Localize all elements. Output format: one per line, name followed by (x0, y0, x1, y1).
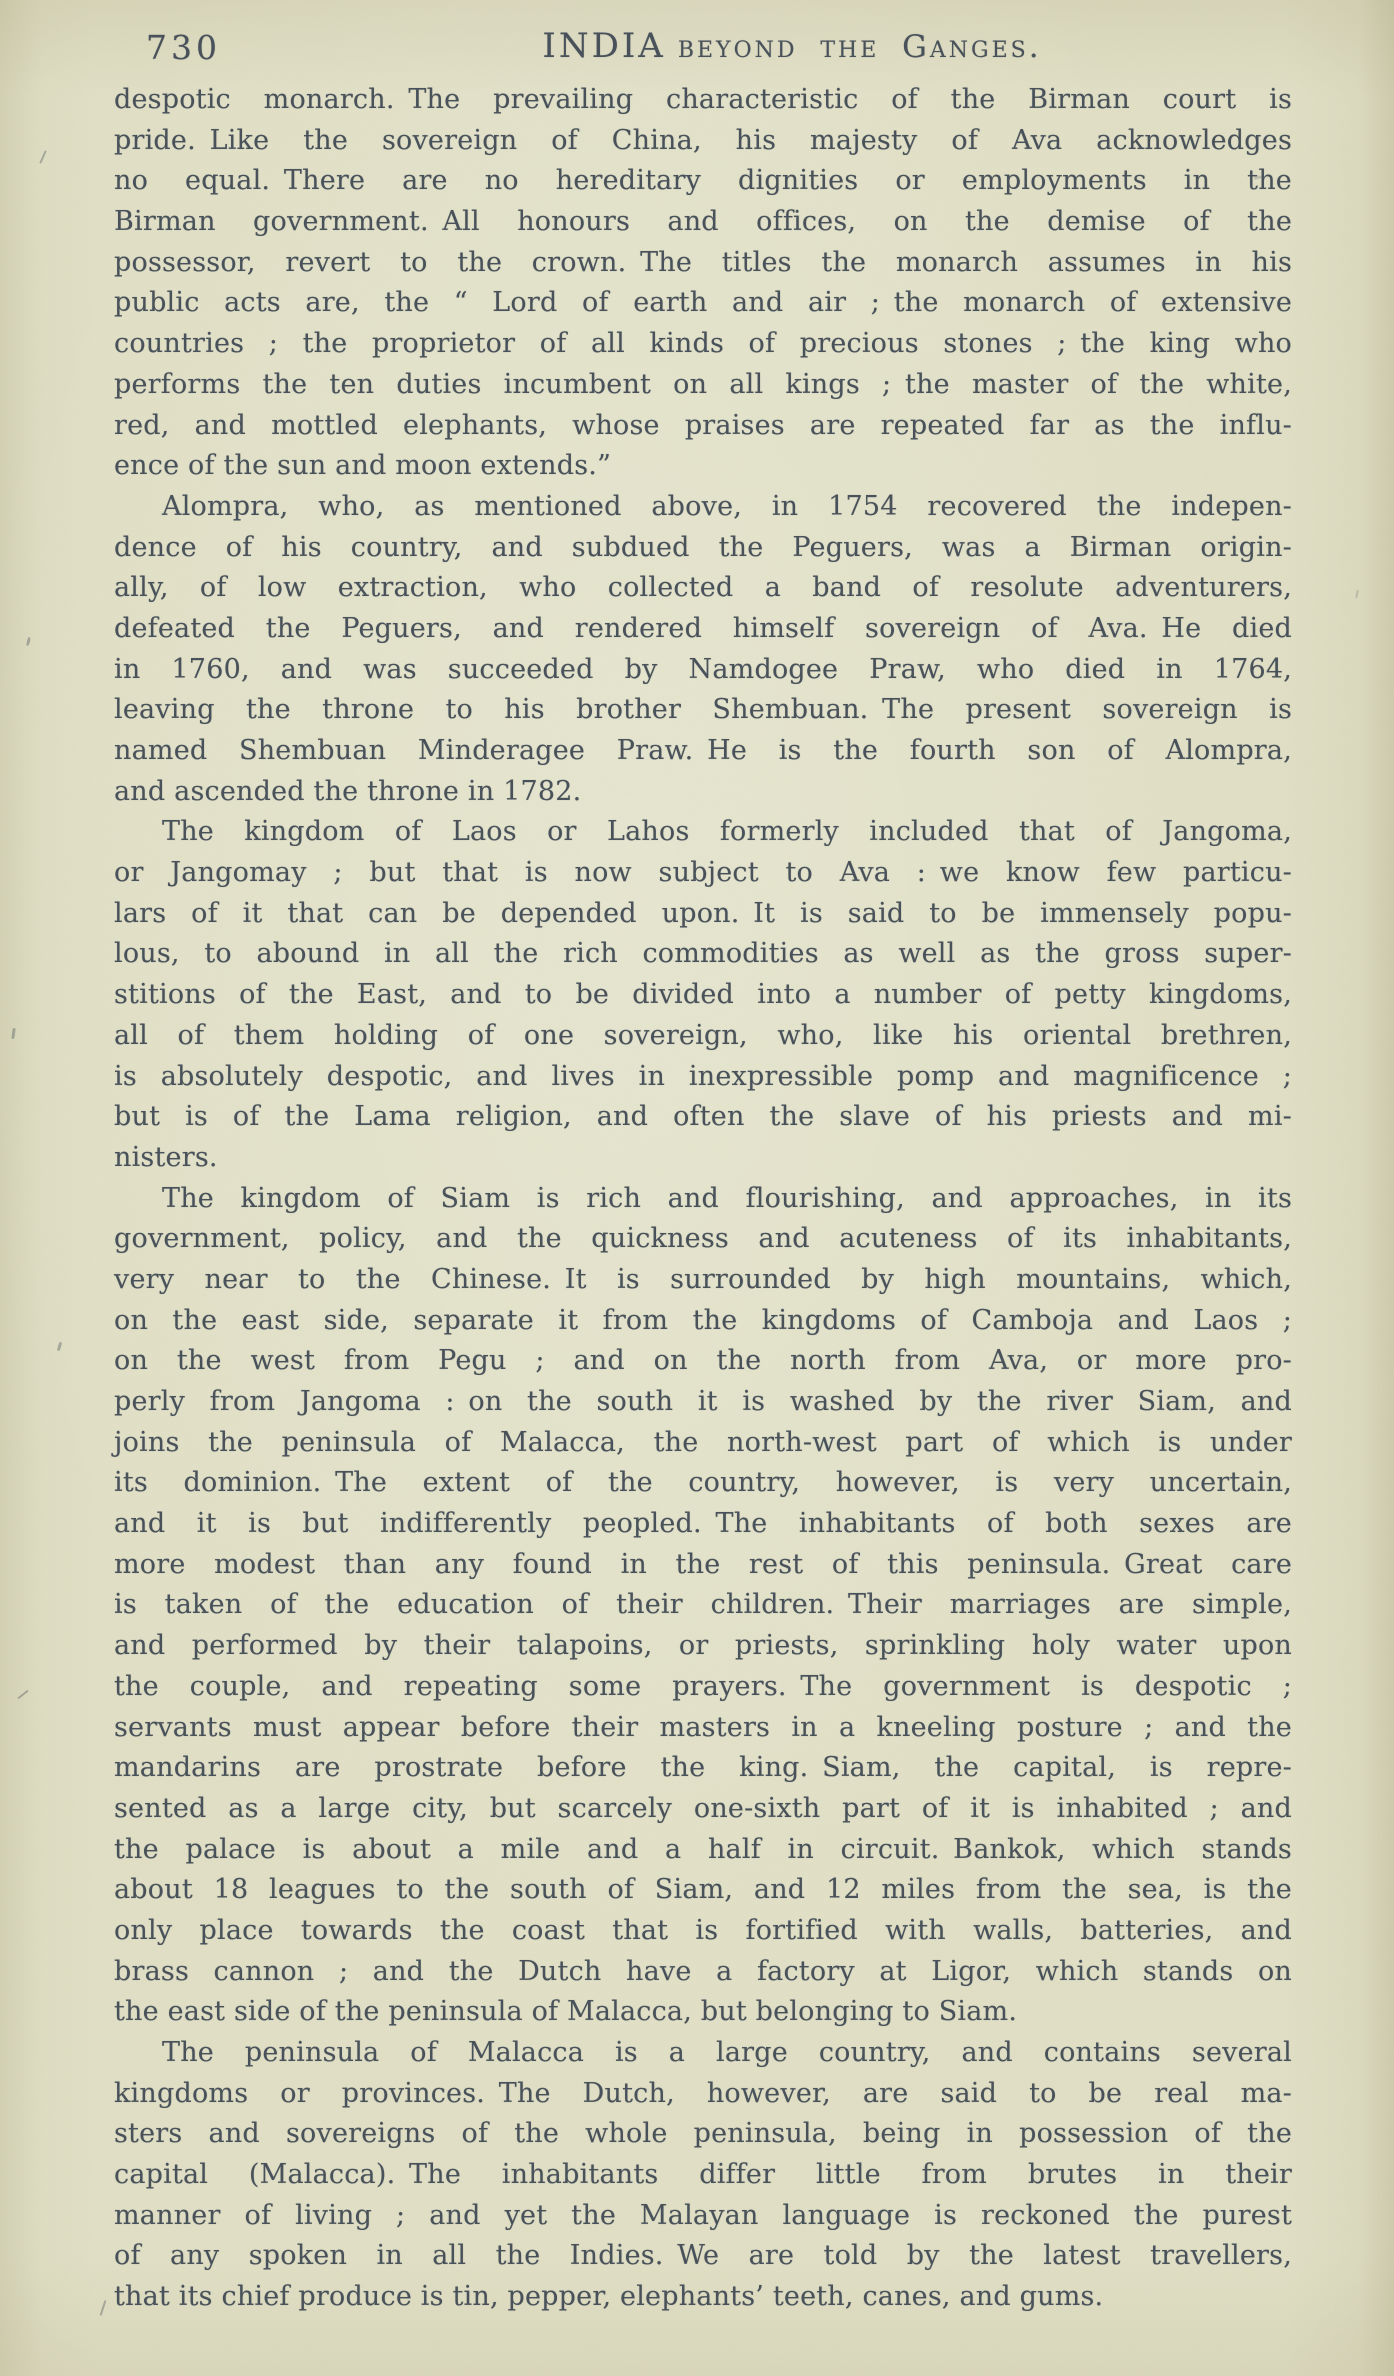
text-line: the couple, and repeating some prayers. … (114, 1667, 1292, 1708)
text-line: and performed by their talapoins, or pri… (114, 1626, 1292, 1667)
paragraph: despotic monarch. The prevailing charact… (114, 80, 1292, 487)
text-line: ence of the sun and moon extends.” (114, 446, 1292, 487)
running-title: INDIAbeyond the Ganges. (190, 26, 1394, 66)
text-line: or Jangomay ; but that is now subject to… (114, 853, 1292, 894)
text-line: perly from Jangoma : on the south it is … (114, 1382, 1292, 1423)
text-line: and it is but indifferently peopled. The… (114, 1504, 1292, 1545)
margin-speck (57, 1342, 62, 1351)
paragraph: The kingdom of Siam is rich and flourish… (114, 1179, 1292, 2033)
text-line: the palace is about a mile and a half in… (114, 1830, 1292, 1871)
running-title-rest: beyond the Ganges. (678, 29, 1042, 65)
text-line: very near to the Chinese. It is surround… (114, 1260, 1292, 1301)
margin-speck (39, 150, 47, 164)
text-line: only place towards the coast that is for… (114, 1911, 1292, 1952)
text-line: Alompra, who, as mentioned above, in 175… (114, 487, 1292, 528)
text-line: lars of it that can be depended upon. It… (114, 894, 1292, 935)
margin-speck (1355, 590, 1358, 598)
text-line: on the west from Pegu ; and on the north… (114, 1341, 1292, 1382)
book-page-scan: 730 INDIAbeyond the Ganges. despotic mon… (0, 0, 1394, 2376)
running-title-main: INDIA (542, 26, 665, 66)
text-line: its dominion. The extent of the country,… (114, 1463, 1292, 1504)
text-line: named Shembuan Minderagee Praw. He is th… (114, 731, 1292, 772)
text-line: performs the ten duties incumbent on all… (114, 365, 1292, 406)
text-line: more modest than any found in the rest o… (114, 1545, 1292, 1586)
text-line: lous, to abound in all the rich commodit… (114, 934, 1292, 975)
text-line: defeated the Peguers, and rendered himse… (114, 609, 1292, 650)
text-line: Birman government. All honours and offic… (114, 202, 1292, 243)
text-line: despotic monarch. The prevailing charact… (114, 80, 1292, 121)
text-line: nisters. (114, 1138, 1292, 1179)
text-line: manner of living ; and yet the Malayan l… (114, 2196, 1292, 2237)
text-line: about 18 leagues to the south of Siam, a… (114, 1870, 1292, 1911)
text-line: brass cannon ; and the Dutch have a fact… (114, 1952, 1292, 1993)
text-line: public acts are, the “ Lord of earth and… (114, 283, 1292, 324)
text-line: all of them holding of one sovereign, wh… (114, 1016, 1292, 1057)
text-line: government, policy, and the quickness an… (114, 1219, 1292, 1260)
text-line: but is of the Lama religion, and often t… (114, 1097, 1292, 1138)
text-line: no equal. There are no hereditary dignit… (114, 161, 1292, 202)
text-line: red, and mottled elephants, whose praise… (114, 406, 1292, 447)
paragraph: The kingdom of Laos or Lahos formerly in… (114, 812, 1292, 1178)
text-line: the east side of the peninsula of Malacc… (114, 1992, 1292, 2033)
text-line: countries ; the proprietor of all kinds … (114, 324, 1292, 365)
text-line: is absolutely despotic, and lives in ine… (114, 1057, 1292, 1098)
text-line: of any spoken in all the Indies. We are … (114, 2236, 1292, 2277)
text-line: leaving the throne to his brother Shembu… (114, 690, 1292, 731)
margin-speck (26, 637, 31, 646)
text-line: The peninsula of Malacca is a large coun… (114, 2033, 1292, 2074)
text-line: possessor, revert to the crown. The titl… (114, 243, 1292, 284)
text-line: mandarins are prostrate before the king.… (114, 1748, 1292, 1789)
text-line: dence of his country, and subdued the Pe… (114, 528, 1292, 569)
page-text-block: despotic monarch. The prevailing charact… (114, 80, 1292, 2318)
text-line: joins the peninsula of Malacca, the nort… (114, 1423, 1292, 1464)
text-line: sented as a large city, but scarcely one… (114, 1789, 1292, 1830)
text-line: and ascended the throne in 1782. (114, 772, 1292, 813)
text-line: on the east side, separate it from the k… (114, 1301, 1292, 1342)
text-line: in 1760, and was succeeded by Namdogee P… (114, 650, 1292, 691)
text-line: that its chief produce is tin, pepper, e… (114, 2277, 1292, 2318)
text-line: kingdoms or provinces. The Dutch, howeve… (114, 2074, 1292, 2115)
margin-speck (11, 1028, 16, 1039)
text-line: The kingdom of Laos or Lahos formerly in… (114, 812, 1292, 853)
margin-speck (17, 1690, 28, 1700)
text-line: servants must appear before their master… (114, 1708, 1292, 1749)
text-line: stitions of the East, and to be divided … (114, 975, 1292, 1016)
text-line: pride. Like the sovereign of China, his … (114, 121, 1292, 162)
text-line: The kingdom of Siam is rich and flourish… (114, 1179, 1292, 1220)
paragraph: The peninsula of Malacca is a large coun… (114, 2033, 1292, 2318)
text-line: ally, of low extraction, who collected a… (114, 568, 1292, 609)
margin-speck (100, 2300, 107, 2316)
text-line: capital (Malacca). The inhabitants diffe… (114, 2155, 1292, 2196)
text-line: sters and sovereigns of the whole penins… (114, 2114, 1292, 2155)
paragraph: Alompra, who, as mentioned above, in 175… (114, 487, 1292, 813)
text-line: is taken of the education of their child… (114, 1585, 1292, 1626)
